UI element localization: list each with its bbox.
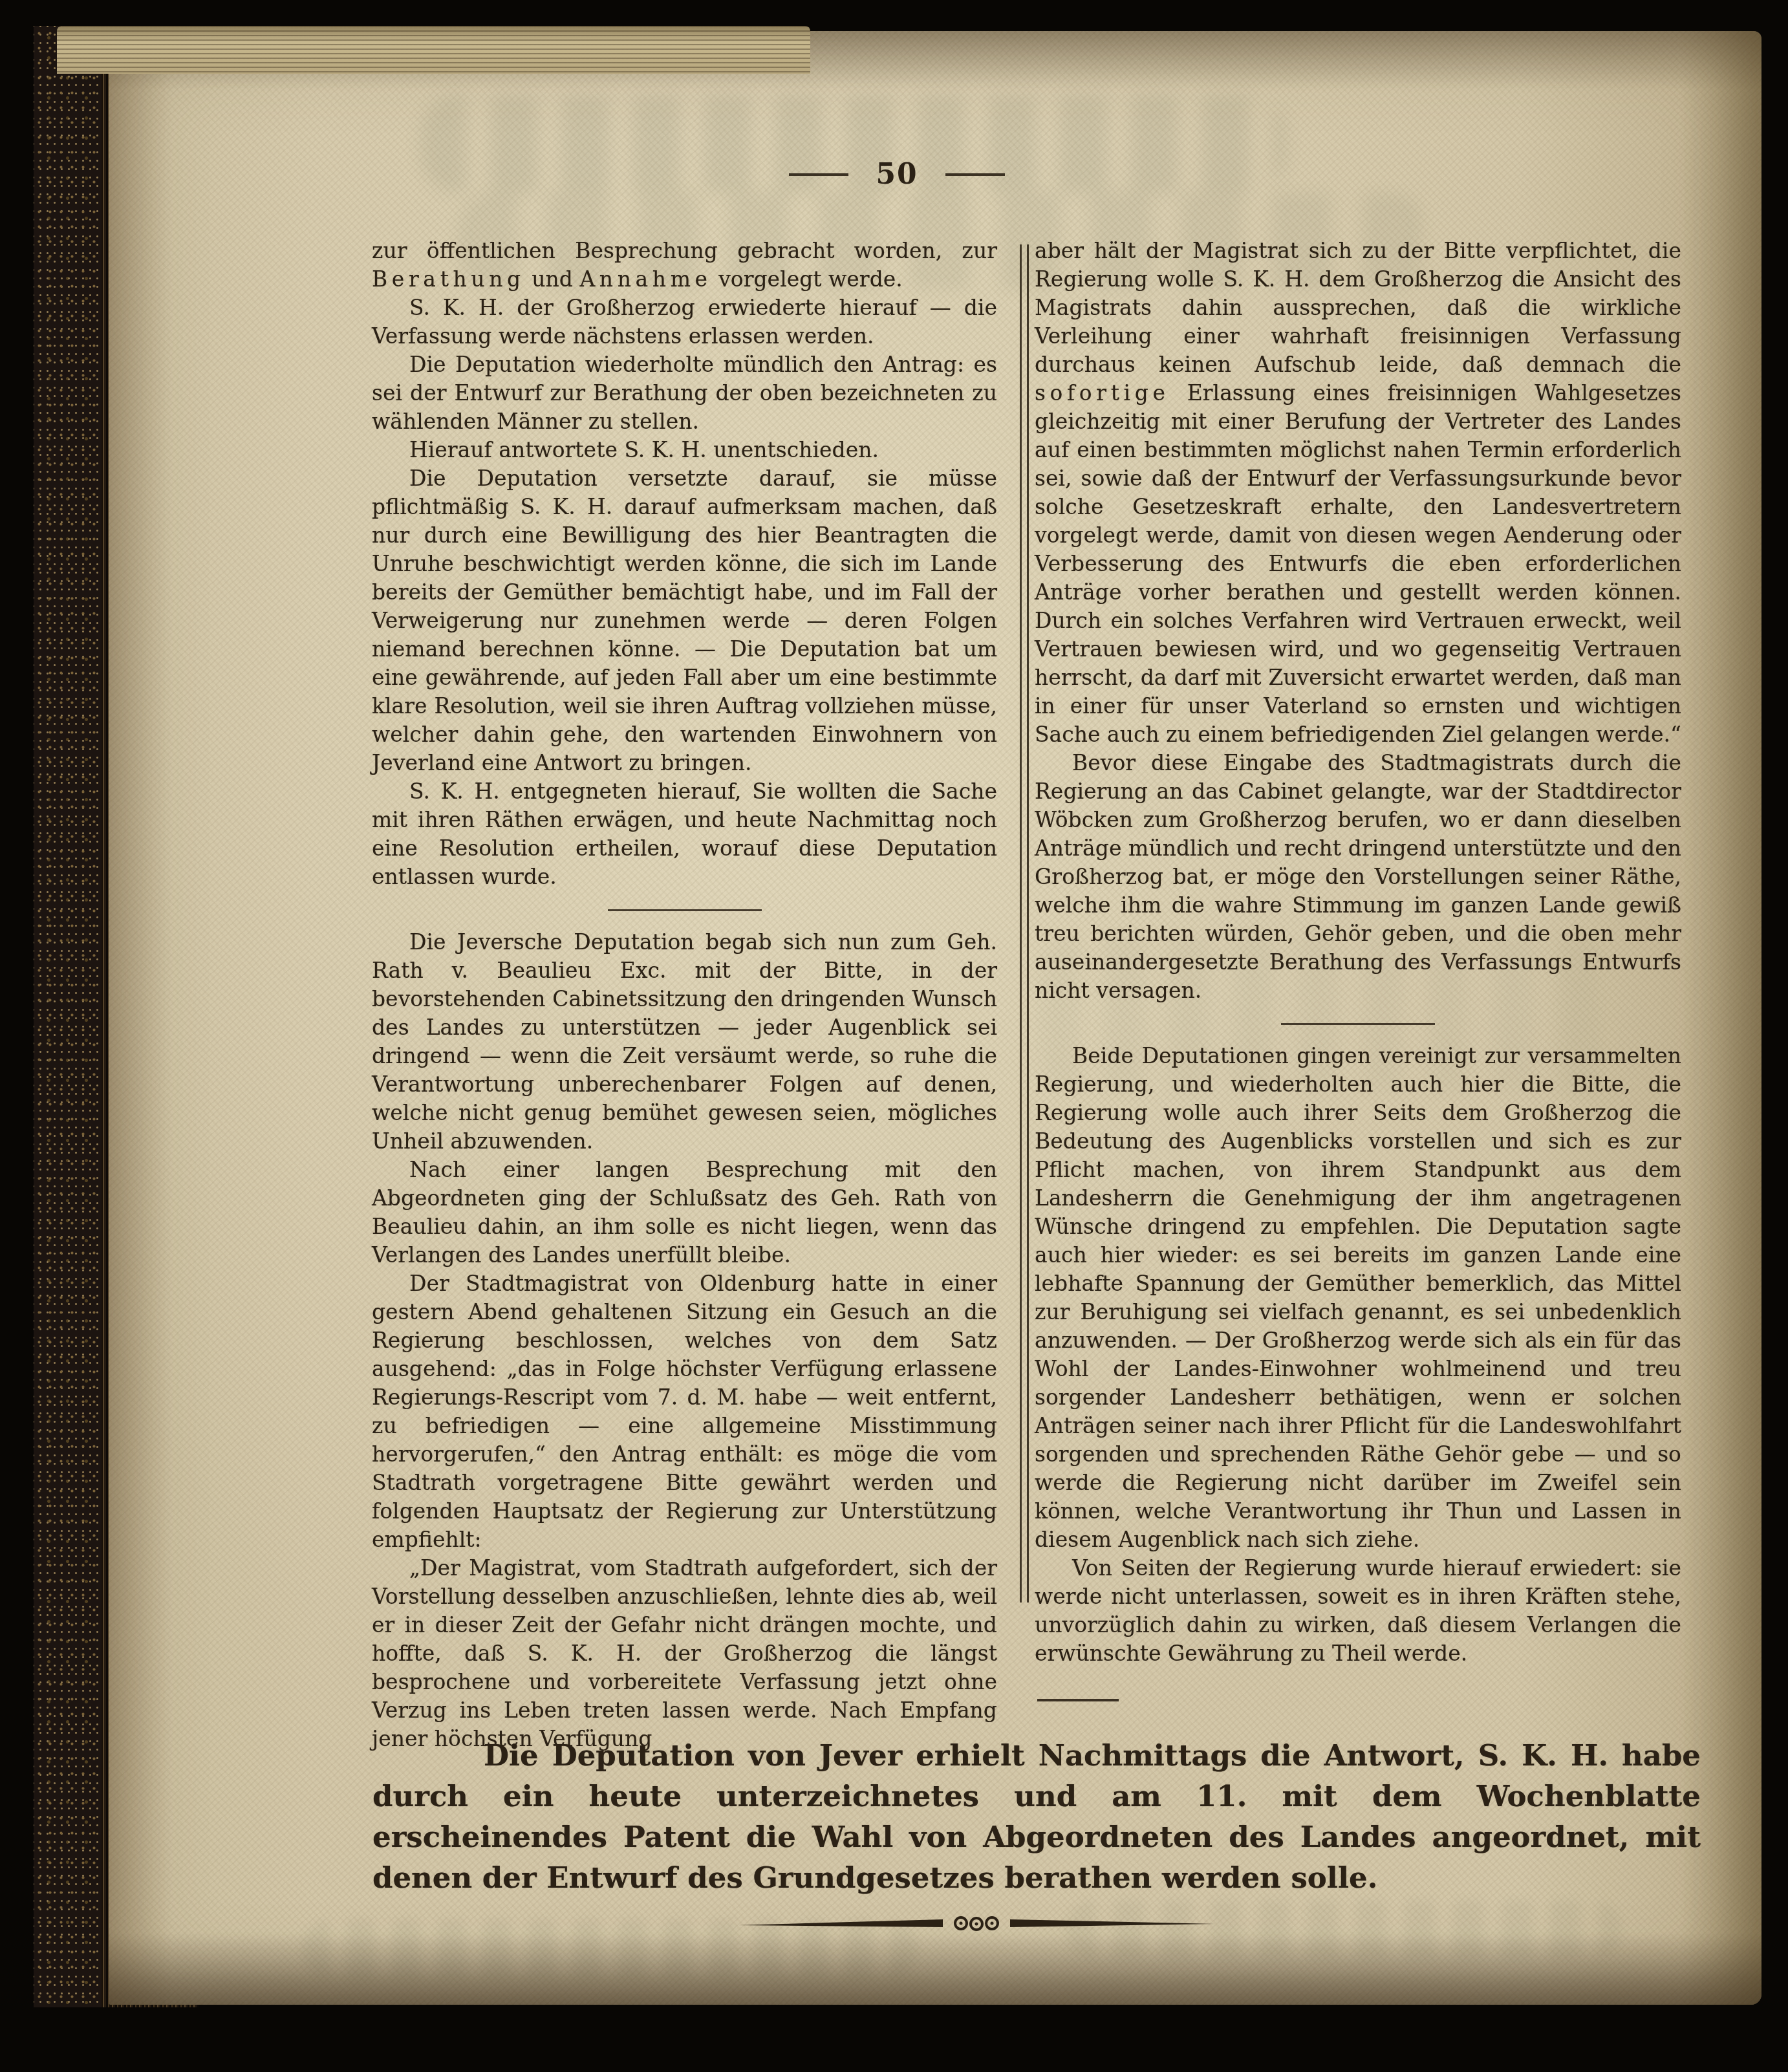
text-run: aber hält der Magistrat sich zu der Bitt… <box>1035 238 1681 377</box>
article-footer: Die Deputation von Jever erhielt Nachmit… <box>372 1735 1701 1898</box>
text-run: Der Stadtmagistrat von Oldenburg hatte i… <box>372 1271 997 1552</box>
letterspaced-text: Annahme <box>579 266 711 292</box>
book-page: 50 zur öffentlichen Besprechung gebracht… <box>109 31 1761 2005</box>
paragraph: Beide Deputationen gingen vereinigt zur … <box>1035 1042 1681 1554</box>
marbled-edge <box>34 26 102 2007</box>
text-run: S. K. H. entgegneten hierauf, Sie wollte… <box>372 779 997 889</box>
text-run: vorgelegt werde. <box>712 266 903 292</box>
paragraph: Nach einer langen Besprechung mit den Ab… <box>372 1156 997 1269</box>
ornament-divider <box>737 1910 1216 1939</box>
letterspaced-text: sofortige <box>1035 380 1170 405</box>
text-run: Bevor diese Eingabe des Stadtmagistrats … <box>1035 750 1681 1003</box>
text-run: Nach einer langen Besprechung mit den Ab… <box>372 1157 997 1268</box>
top-page-edge <box>57 26 810 74</box>
header-dash <box>789 173 848 176</box>
page-number: 50 <box>876 158 918 191</box>
section-divider <box>608 909 762 911</box>
letterspaced-text: Berathung <box>372 266 525 292</box>
paragraph: Die Deputation wiederholte mündlich den … <box>372 351 997 436</box>
text-run: S. K. H. der Großherzog erwiederte hiera… <box>372 295 997 349</box>
paragraph: „Der Magistrat, vom Stadtrath aufgeforde… <box>372 1554 997 1753</box>
text-run: Die Deputation von Jever erhielt Nachmit… <box>372 1738 1701 1895</box>
text-run: Erlassung eines freisinnigen Wahlgesetze… <box>1035 380 1681 747</box>
text-run: Von Seiten der Regierung wurde hierauf e… <box>1035 1555 1681 1666</box>
paragraph: Der Stadtmagistrat von Oldenburg hatte i… <box>372 1269 997 1554</box>
text-run: und <box>525 266 580 292</box>
paragraph: S. K. H. entgegneten hierauf, Sie wollte… <box>372 777 997 891</box>
text-run: Die Deputation versetzte darauf, sie müs… <box>372 466 997 775</box>
text-run: Hierauf antwortete S. K. H. unentschiede… <box>409 437 879 462</box>
paragraph: zur öffentlichen Besprechung gebracht wo… <box>372 237 997 294</box>
page-header: 50 <box>109 158 1685 191</box>
paragraph: S. K. H. der Großherzog erwiederte hiera… <box>372 294 997 351</box>
paragraph: aber hält der Magistrat sich zu der Bitt… <box>1035 237 1681 749</box>
text-run: zur öffentlichen Besprechung gebracht wo… <box>372 238 997 263</box>
column-divider <box>1020 244 1029 1603</box>
left-column: zur öffentlichen Besprechung gebracht wo… <box>372 237 997 1753</box>
text-run: Die Jeversche Deputation begab sich nun … <box>372 929 997 1154</box>
paragraph: Die Deputation versetzte darauf, sie müs… <box>372 464 997 777</box>
paragraph: Die Jeversche Deputation begab sich nun … <box>372 928 997 1156</box>
text-run: Die Deputation wiederholte mündlich den … <box>372 352 997 434</box>
paragraph: Bevor diese Eingabe des Stadtmagistrats … <box>1035 749 1681 1005</box>
section-divider <box>1037 1699 1119 1701</box>
right-column: aber hält der Magistrat sich zu der Bitt… <box>1035 237 1681 1701</box>
paragraph: Hierauf antwortete S. K. H. unentschiede… <box>372 436 997 464</box>
section-divider <box>1281 1023 1435 1025</box>
header-dash <box>945 173 1005 176</box>
paragraph: Von Seiten der Regierung wurde hierauf e… <box>1035 1554 1681 1668</box>
text-run: „Der Magistrat, vom Stadtrath aufgeforde… <box>372 1555 997 1751</box>
text-run: Beide Deputationen gingen vereinigt zur … <box>1035 1043 1681 1552</box>
